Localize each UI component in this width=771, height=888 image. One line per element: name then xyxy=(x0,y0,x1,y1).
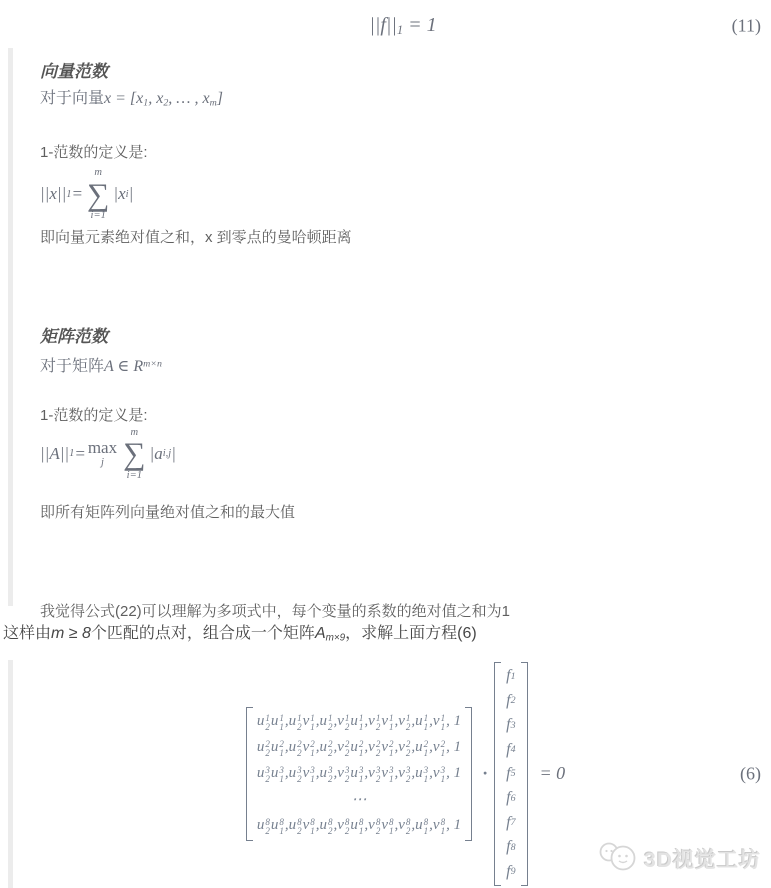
vector-row: f4 xyxy=(506,737,515,761)
equation-11-formula: ||f||1 = 1 xyxy=(369,14,436,38)
vector-norm-note: 即向量元素绝对值之和，x 到零点的曼哈顿距离 xyxy=(40,227,771,248)
matrix-norm-definition-label: 1-范数的定义是: xyxy=(40,405,771,426)
paragraph-equation-setup: 这样由m ≥ 8个匹配的点对，组合成一个矩阵Am×9，求解上面方程(6) xyxy=(3,620,763,643)
vector-row: f1 xyxy=(506,664,515,688)
matrix-right-bracket xyxy=(465,707,472,841)
matrix-row: u82u81, u82v81, u82, v82u81, v82v81, v82… xyxy=(257,813,461,839)
matrix-intro-math: 对于矩阵A ∈ Rm×n xyxy=(40,358,162,375)
vector-right-bracket xyxy=(521,662,528,886)
vector-row: f5 xyxy=(506,762,515,786)
matrix-row: ⋯ xyxy=(257,787,461,813)
matrix-row: u22u21, u22v21, u22, v22u21, v22v21, v22… xyxy=(257,735,461,761)
matrix-rows: u12u11, u12v11, u12, v12u11, v12v11, v12… xyxy=(253,707,465,841)
equation-6-number: (6) xyxy=(740,764,761,785)
matrix-row: u12u11, u12v11, u12, v12u11, v12v11, v12… xyxy=(257,709,461,735)
paragraph-equation-setup-text: 这样由m ≥ 8个匹配的点对，组合成一个矩阵Am×9，求解上面方程(6) xyxy=(3,625,477,642)
vector-norm-heading: 向量范数 xyxy=(40,57,771,82)
vector-intro-math: 对于向量x = [x1, x2, … , xm] xyxy=(40,90,223,107)
vector-intro: 对于向量x = [x1, x2, … , xm] xyxy=(40,88,771,113)
vector-norm-formula: ||x||1 = m∑i=1 |xi| xyxy=(40,165,771,223)
equation-6-body: u12u11, u12v11, u12, v12u11, v12v11, v12… xyxy=(246,662,565,886)
matrix-norm-note: 即所有矩阵列向量绝对值之和的最大值 xyxy=(40,502,771,523)
vector-norm-definition-label: 1-范数的定义是: xyxy=(40,142,771,163)
matrix-left-bracket xyxy=(246,707,253,841)
watermark-text: 3D视觉工坊 xyxy=(644,844,761,874)
blockquote-norms: 向量范数 对于向量x = [x1, x2, … , xm] 1-范数的定义是: … xyxy=(8,48,771,606)
matrix-norm-formula: ||A||1 = maxjm∑i=1 |ai,j| xyxy=(40,426,771,482)
vector-row: f8 xyxy=(506,835,515,859)
vector-row: f9 xyxy=(506,859,515,883)
vector-row: f2 xyxy=(506,689,515,713)
f-vector: f1f2f3f4f5f6f7f8f9 xyxy=(494,662,527,886)
chat-bubbles-icon xyxy=(597,840,639,878)
equation-11: ||f||1 = 1 (11) xyxy=(35,8,771,44)
vector-rows: f1f2f3f4f5f6f7f8f9 xyxy=(501,662,520,886)
watermark-logo: 3D视觉工坊 xyxy=(597,840,761,878)
matrix-intro: 对于矩阵A ∈ Rm×n xyxy=(40,353,771,376)
multiplication-dot: · xyxy=(482,763,488,784)
vector-row: f3 xyxy=(506,713,515,737)
vector-row: f7 xyxy=(506,811,515,835)
matrix-norm-heading: 矩阵范数 xyxy=(40,322,771,347)
matrix-row: u32u31, u32v31, u32, v32u31, v32v31, v32… xyxy=(257,761,461,787)
opinion-text: 我觉得公式(22)可以理解为多项式中，每个变量的系数的绝对值之和为1 xyxy=(40,601,771,622)
coefficient-matrix: u12u11, u12v11, u12, v12u11, v12v11, v12… xyxy=(246,707,472,841)
equals-zero: = 0 xyxy=(540,763,566,784)
vector-left-bracket xyxy=(494,662,501,886)
equation-11-number: (11) xyxy=(732,16,761,37)
vector-row: f6 xyxy=(506,786,515,810)
